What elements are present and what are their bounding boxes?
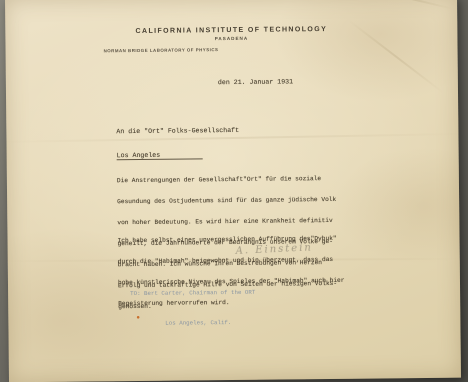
- annotation-line-1: TO: Bert Carter, Chairman of the ORT: [130, 289, 255, 298]
- body-line: durch die "Habimah" beigewohnt und bin ü…: [118, 256, 345, 265]
- recipient-city: Los Angeles: [117, 151, 203, 160]
- typed-annotation: TO: Bert Carter, Chairman of the ORT ●Lo…: [130, 274, 256, 350]
- annotation-city: Los Angeles, Calif.: [165, 319, 231, 327]
- body-line: Gesundung des Ostjudentums sind für das …: [117, 196, 336, 205]
- letterhead-department: NORMAN BRIDGE LABORATORY OF PHYSICS: [104, 47, 219, 53]
- recipient-line-1: An die "Ort" Folks-Gesellschaft: [116, 127, 239, 136]
- date-line: den 21. Januar 1931: [218, 78, 293, 86]
- body-line: Die Anstrengungen der Gesellschaft"Ort" …: [117, 175, 336, 184]
- recipient-line-2: Los Angeles: [117, 151, 240, 160]
- paper-crease: [307, 0, 453, 10]
- red-mark-icon: ●: [136, 313, 140, 321]
- letter-paper: CALIFORNIA INSTITUTE OF TECHNOLOGY PASAD…: [5, 0, 461, 382]
- annotation-line-2: ●Los Angeles, Calif.: [130, 311, 255, 335]
